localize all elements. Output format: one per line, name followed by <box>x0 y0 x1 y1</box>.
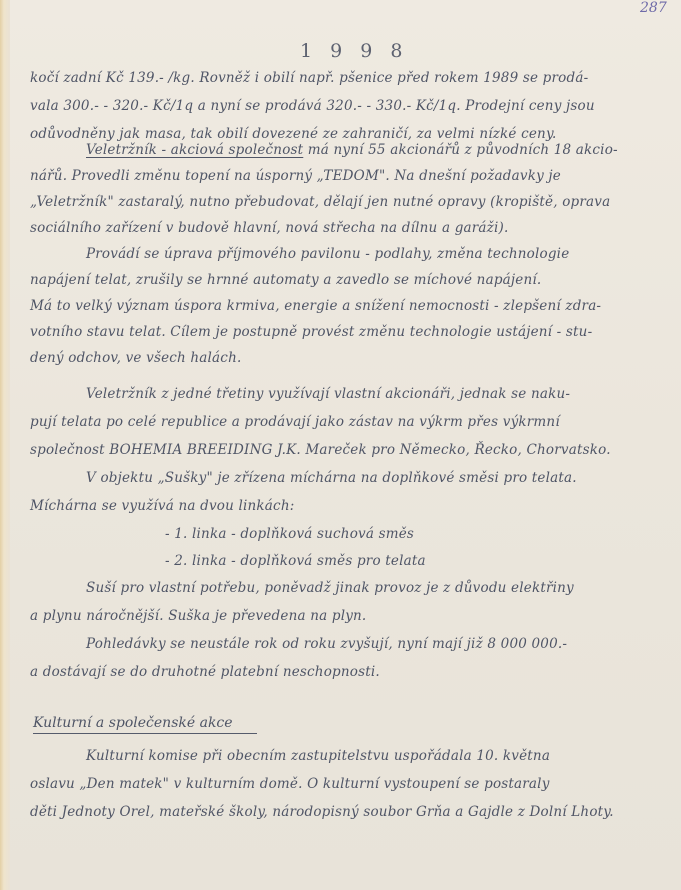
text-line: napájení telat, zrušily se hrnné automat… <box>30 272 541 288</box>
notebook-page: 287 1 9 9 8 kočí zadní Kč 139.- /kg. Rov… <box>0 0 681 890</box>
text-line: společnost BOHEMIA BREEIDING J.K. Mareče… <box>30 442 611 458</box>
text-line: a plynu náročnější. Suška je převedena n… <box>30 608 366 624</box>
text-line: a dostávají se do druhotné platební nesc… <box>30 664 380 680</box>
page-number: 287 <box>640 0 667 16</box>
text-line: oslavu „Den matek" v kulturním domě. O k… <box>30 776 550 792</box>
text-span: má nyní 55 akcionářů z původních 18 akci… <box>303 142 618 158</box>
text-line: děti Jednoty Orel, mateřské školy, národ… <box>30 804 614 820</box>
text-line: kočí zadní Kč 139.- /kg. Rovněž i obilí … <box>30 70 588 86</box>
text-line: Kulturní komise při obecním zastupitelst… <box>86 748 550 764</box>
text-line: odůvodněny jak masa, tak obilí dovezené … <box>30 126 556 142</box>
text-line: Pohledávky se neustále rok od roku zvyšu… <box>86 636 567 652</box>
text-line: nářů. Provedli změnu topení na úsporný „… <box>30 168 561 184</box>
section-heading: Kulturní a společenské akce <box>33 715 257 734</box>
text-line: V objektu „Sušky" je zřízena míchárna na… <box>86 470 577 486</box>
text-line: Má to velký význam úspora krmiva, energi… <box>30 298 601 314</box>
company-name-underlined: Veletržník - akciová společnost <box>86 142 303 158</box>
text-line: sociálního zařízení v budově hlavní, nov… <box>30 220 508 236</box>
text-line: Provádí se úprava příjmového pavilonu - … <box>86 246 569 262</box>
text-line: vala 300.- - 320.- Kč/1q a nyní se prodá… <box>30 98 595 114</box>
text-line: Suší pro vlastní potřebu, poněvadž jinak… <box>86 580 574 596</box>
text-line: dený odchov, ve všech halách. <box>30 350 241 366</box>
page-binding-edge <box>0 0 10 890</box>
text-line: pují telata po celé republice a prodávaj… <box>30 414 560 430</box>
text-line: Veletržník - akciová společnost má nyní … <box>86 142 618 158</box>
text-line: „Veletržník" zastaralý, nutno přebudovat… <box>30 194 610 210</box>
text-line: Míchárna se využívá na dvou linkách: <box>30 498 294 514</box>
text-line: Veletržník z jedné třetiny využívají vla… <box>86 386 570 402</box>
text-line: votního stavu telat. Cílem je postupně p… <box>30 324 592 340</box>
year-heading: 1 9 9 8 <box>300 40 408 62</box>
list-item: - 2. linka - doplňková směs pro telata <box>165 553 426 569</box>
list-item: - 1. linka - doplňková suchová směs <box>165 526 414 542</box>
